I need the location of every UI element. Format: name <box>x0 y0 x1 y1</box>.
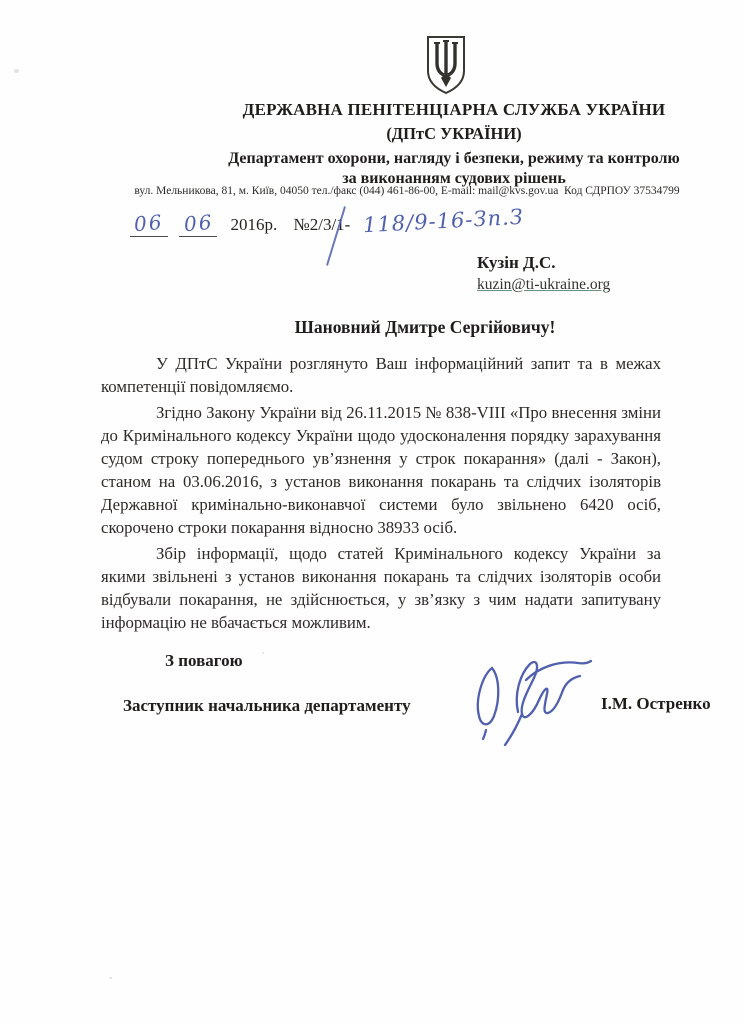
recipient-block: Кузін Д.С. kuzin@ti-ukraine.org <box>477 253 610 294</box>
handwritten-month: 06 <box>183 210 214 236</box>
handwritten-day: 06 <box>133 210 164 236</box>
day-blank: 06 <box>130 211 168 237</box>
scan-speck <box>703 700 706 703</box>
scan-speck <box>262 652 264 654</box>
salutation: Шановний Дмитре Сергійовичу! <box>180 317 670 338</box>
handwritten-signature <box>470 650 605 750</box>
org-abbreviation: (ДПтС УКРАЇНИ) <box>166 124 742 144</box>
recipient-email-link[interactable]: kuzin@ti-ukraine.org <box>477 276 610 294</box>
year-label: 2016р. <box>231 215 278 234</box>
handwritten-outgoing-number: 118/9-16-Зп.З <box>362 205 524 237</box>
letter-body: У ДПтС України розглянуто Ваш інформацій… <box>101 352 661 637</box>
scanned-letter-page: ДЕРЖАВНА ПЕНІТЕНЦІАРНА СЛУЖБА УКРАЇНИ (Д… <box>0 0 744 1024</box>
ukraine-trident-icon <box>420 35 472 96</box>
department-line-1: Департамент охорони, нагляду і безпеки, … <box>166 150 742 168</box>
org-name: ДЕРЖАВНА ПЕНІТЕНЦІАРНА СЛУЖБА УКРАЇНИ <box>166 100 742 120</box>
contact-info-line: вул. Мельникова, 81, м. Київ, 04050 тел.… <box>88 185 726 197</box>
body-paragraph-2: Згідно Закону України від 26.11.2015 № 8… <box>101 401 661 539</box>
body-paragraph-3: Збір інформації, щодо статей Кримінально… <box>101 542 661 634</box>
recipient-name: Кузін Д.С. <box>477 253 610 273</box>
body-paragraph-1: У ДПтС України розглянуто Ваш інформацій… <box>101 352 661 398</box>
month-blank: 06 <box>179 211 217 237</box>
scan-speck <box>14 69 19 73</box>
reference-line: 06 06 2016р. №2/3/1- 118/9-16-Зп.З <box>130 211 523 237</box>
scan-speck <box>109 977 112 979</box>
letterhead: ДЕРЖАВНА ПЕНІТЕНЦІАРНА СЛУЖБА УКРАЇНИ (Д… <box>166 100 742 188</box>
signer-name: І.М. Остренко <box>601 694 711 714</box>
signer-position: Заступник начальника департаменту <box>123 696 411 716</box>
valediction: З повагою <box>101 651 243 671</box>
